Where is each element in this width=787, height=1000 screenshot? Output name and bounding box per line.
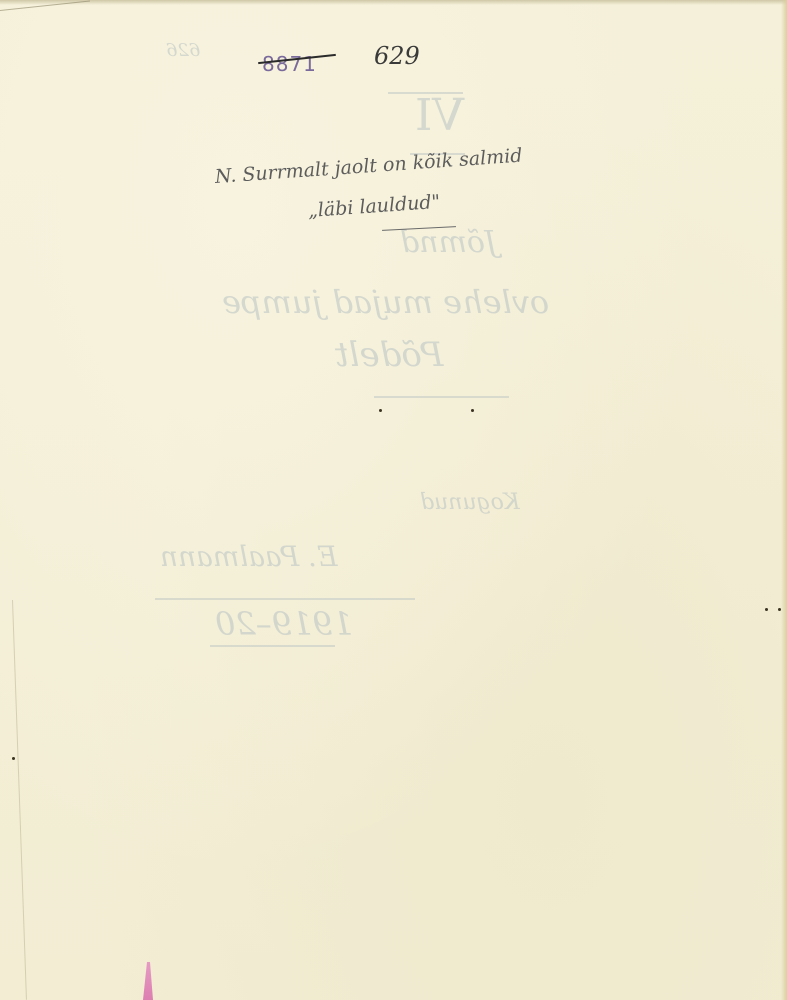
paper-speck	[12, 757, 15, 760]
left-crease	[12, 600, 27, 1000]
paper-speck	[778, 608, 781, 611]
pencil-note-line-1: N. Surrmalt jaolt on kõik salmid	[214, 145, 523, 188]
pink-marker-stroke	[143, 962, 153, 1000]
ghost-line-5: E. Paalmann	[160, 540, 337, 573]
manuscript-page: 626 VI Jõmnd ovlehe mujad jumpe Põdelt K…	[0, 0, 787, 1000]
page-top-edge	[0, 0, 787, 5]
ghost-roman-numeral: VI	[415, 90, 464, 141]
ghost-line-3: Põdelt	[335, 335, 443, 375]
pencil-note-line-2: „läbi lauldud"	[307, 191, 441, 222]
ghost-rule	[388, 92, 463, 94]
ghost-rule	[210, 645, 335, 647]
paper-speck	[379, 409, 382, 412]
catalog-number: 629	[374, 42, 420, 70]
paper-speck	[765, 608, 768, 611]
ghost-line-2: ovlehe mujad jumpe	[222, 283, 549, 321]
ghost-line-6: 1919–20	[215, 605, 353, 643]
ghost-line-1: Jõmnd	[400, 225, 497, 260]
ghost-numeral: 626	[166, 40, 200, 61]
ghost-rule	[374, 396, 509, 398]
corner-fold	[0, 0, 90, 11]
ghost-rule	[155, 598, 415, 600]
paper-speck	[471, 409, 474, 412]
old-catalog-number: 8871	[262, 52, 317, 76]
page-right-edge	[781, 0, 787, 1000]
ghost-line-4: Kogunud	[420, 490, 520, 515]
